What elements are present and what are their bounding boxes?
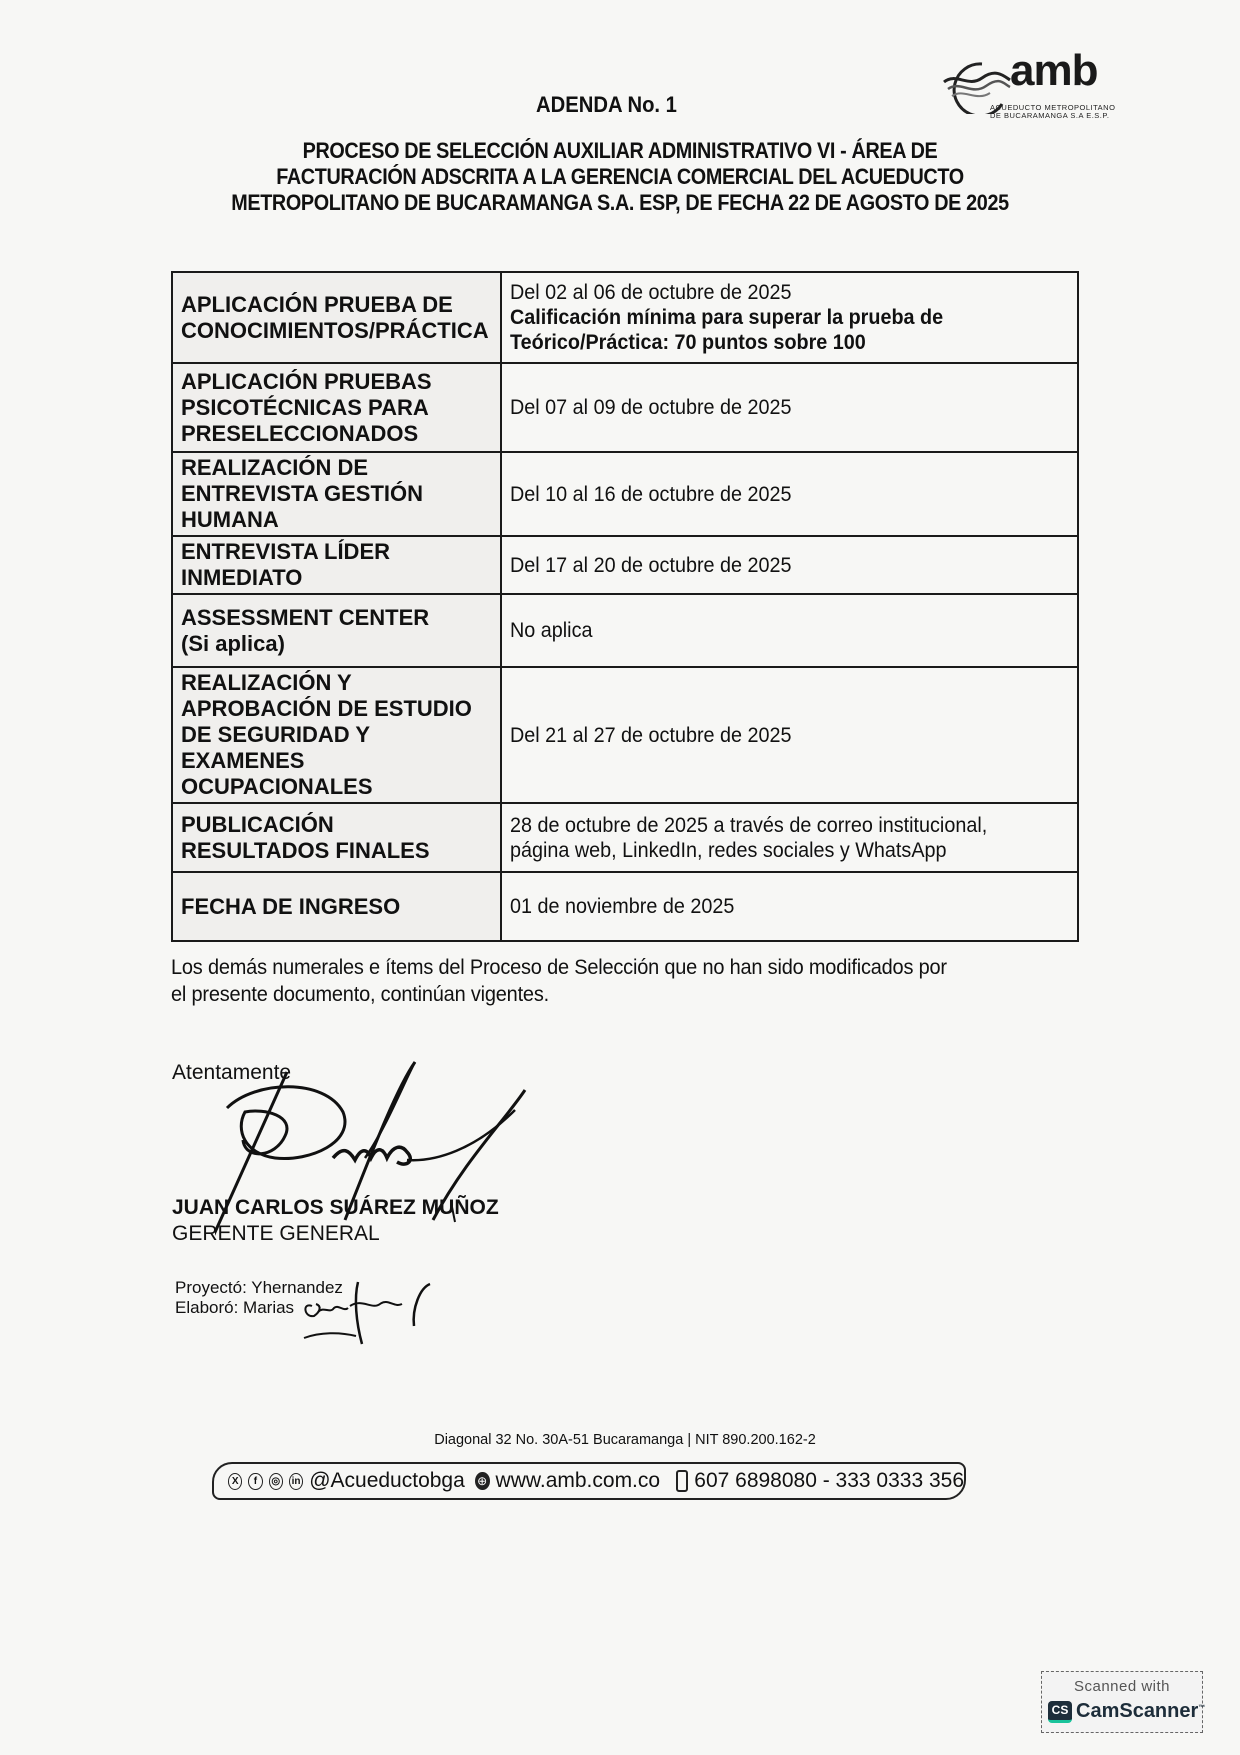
camscanner-logo-icon: CS: [1048, 1701, 1072, 1723]
document-title: ADENDA No. 1: [43, 92, 1184, 118]
trademark: ™: [1198, 1704, 1205, 1711]
stage-cell: APLICACIÓN PRUEBA DECONOCIMIENTOS/PRÁCTI…: [172, 272, 501, 363]
date-value-line: Del 07 al 09 de octubre de 2025: [510, 395, 1024, 420]
stage-label-line: APLICACIÓN PRUEBAS: [181, 369, 492, 395]
stage-label-line: (Si aplica): [181, 631, 492, 657]
requirement-line: Teórico/Práctica: 70 puntos sobre 100: [510, 330, 1024, 355]
schedule-row: ASSESSMENT CENTER(Si aplica)No aplica: [172, 594, 1078, 667]
date-value-line: página web, LinkedIn, redes sociales y W…: [510, 838, 1024, 863]
date-value-line: Del 21 al 27 de octubre de 2025: [510, 723, 1024, 748]
phone-numbers: 607 6898080 - 333 0333 356: [694, 1469, 964, 1493]
stage-cell: REALIZACIÓN YAPROBACIÓN DE ESTUDIODE SEG…: [172, 667, 501, 803]
date-cell: 28 de octubre de 2025 a través de correo…: [501, 803, 1078, 872]
paragraph-line: el presente documento, continúan vigente…: [171, 981, 1045, 1008]
stage-label-line: ASSESSMENT CENTER: [181, 605, 492, 631]
stage-label-line: DE SEGURIDAD Y: [181, 722, 492, 748]
stage-cell: APLICACIÓN PRUEBASPSICOTÉCNICAS PARAPRES…: [172, 363, 501, 452]
date-cell: Del 17 al 20 de octubre de 2025: [501, 536, 1078, 594]
date-cell: Del 02 al 06 de octubre de 2025Calificac…: [501, 272, 1078, 363]
date-value-line: Del 17 al 20 de octubre de 2025: [510, 553, 1024, 578]
stage-cell: FECHA DE INGRESO: [172, 872, 501, 941]
footer-address: Diagonal 32 No. 30A-51 Bucaramanga | NIT…: [0, 1432, 1240, 1448]
stage-cell: PUBLICACIÓNRESULTADOS FINALES: [172, 803, 501, 872]
stage-label-line: REALIZACIÓN DE: [181, 455, 492, 481]
schedule-row: APLICACIÓN PRUEBASPSICOTÉCNICAS PARAPRES…: [172, 363, 1078, 452]
stage-cell: REALIZACIÓN DEENTREVISTA GESTIÓNHUMANA: [172, 452, 501, 536]
heading-line: FACTURACIÓN ADSCRITA A LA GERENCIA COMER…: [215, 164, 1025, 190]
phone-icon: [676, 1470, 688, 1492]
date-cell: No aplica: [501, 594, 1078, 667]
requirement-line: Calificación mínima para superar la prue…: [510, 305, 1024, 330]
camscanner-name: CamScanner™: [1076, 1700, 1205, 1723]
stage-label-line: APROBACIÓN DE ESTUDIO: [181, 696, 492, 722]
date-value-line: 28 de octubre de 2025 a través de correo…: [510, 813, 1024, 838]
initials-signature-icon: [300, 1278, 440, 1348]
schedule-row: APLICACIÓN PRUEBA DECONOCIMIENTOS/PRÁCTI…: [172, 272, 1078, 363]
schedule-row: REALIZACIÓN YAPROBACIÓN DE ESTUDIODE SEG…: [172, 667, 1078, 803]
stage-label-line: RESULTADOS FINALES: [181, 838, 492, 864]
closing-paragraph: Los demás numerales e ítems del Proceso …: [171, 954, 1091, 1008]
date-cell: 01 de noviembre de 2025: [501, 872, 1078, 941]
footer-contact-bar: X f ◎ in @Acueductobga ⊕ www.amb.com.co …: [212, 1462, 966, 1500]
paragraph-line: Los demás numerales e ítems del Proceso …: [171, 954, 1045, 981]
date-value-line: No aplica: [510, 618, 1024, 643]
stage-cell: ENTREVISTA LÍDERINMEDIATO: [172, 536, 501, 594]
stage-label-line: FECHA DE INGRESO: [181, 894, 492, 920]
heading-line: PROCESO DE SELECCIÓN AUXILIAR ADMINISTRA…: [215, 138, 1025, 164]
schedule-row: REALIZACIÓN DEENTREVISTA GESTIÓNHUMANADe…: [172, 452, 1078, 536]
stage-label-line: APLICACIÓN PRUEBA DE: [181, 292, 492, 318]
schedule-row: FECHA DE INGRESO01 de noviembre de 2025: [172, 872, 1078, 941]
stage-label-line: ENTREVISTA LÍDER: [181, 539, 492, 565]
date-cell: Del 21 al 27 de octubre de 2025: [501, 667, 1078, 803]
signer-name: JUAN CARLOS SUÁREZ MUÑOZ: [172, 1196, 499, 1220]
signer-role: GERENTE GENERAL: [172, 1222, 380, 1246]
stage-label-line: ENTREVISTA GESTIÓN: [181, 481, 492, 507]
stage-label-line: INMEDIATO: [181, 565, 492, 591]
date-value-line: Del 10 al 16 de octubre de 2025: [510, 482, 1024, 507]
schedule-table: APLICACIÓN PRUEBA DECONOCIMIENTOS/PRÁCTI…: [171, 271, 1079, 942]
schedule-row: PUBLICACIÓNRESULTADOS FINALES28 de octub…: [172, 803, 1078, 872]
stage-label-line: PSICOTÉCNICAS PARA: [181, 395, 492, 421]
date-value-line: Del 02 al 06 de octubre de 2025: [510, 280, 1024, 305]
camscanner-brand: CamScanner: [1076, 1700, 1198, 1722]
instagram-icon[interactable]: ◎: [269, 1473, 283, 1490]
stage-label-line: EXAMENES: [181, 748, 492, 774]
website-link[interactable]: www.amb.com.co: [496, 1469, 661, 1493]
stage-label-line: REALIZACIÓN Y: [181, 670, 492, 696]
watermark-caption: Scanned with: [1042, 1678, 1202, 1695]
camscanner-watermark: Scanned with CS CamScanner™: [1041, 1671, 1203, 1733]
stage-label-line: HUMANA: [181, 507, 492, 533]
linkedin-icon[interactable]: in: [289, 1473, 303, 1490]
stage-label-line: PUBLICACIÓN: [181, 812, 492, 838]
date-value-line: 01 de noviembre de 2025: [510, 894, 1024, 919]
facebook-icon[interactable]: f: [248, 1473, 262, 1490]
heading-line: METROPOLITANO DE BUCARAMANGA S.A. ESP, D…: [215, 190, 1025, 216]
social-handle[interactable]: @Acueductobga: [309, 1469, 465, 1493]
stage-label-line: OCUPACIONALES: [181, 774, 492, 800]
globe-icon: ⊕: [475, 1472, 490, 1490]
x-icon[interactable]: X: [228, 1473, 242, 1490]
document-heading: PROCESO DE SELECCIÓN AUXILIAR ADMINISTRA…: [170, 138, 1070, 216]
date-cell: Del 07 al 09 de octubre de 2025: [501, 363, 1078, 452]
stage-cell: ASSESSMENT CENTER(Si aplica): [172, 594, 501, 667]
schedule-row: ENTREVISTA LÍDERINMEDIATODel 17 al 20 de…: [172, 536, 1078, 594]
logo-wordmark: amb: [1010, 46, 1097, 96]
stage-label-line: CONOCIMIENTOS/PRÁCTICA: [181, 318, 492, 344]
date-cell: Del 10 al 16 de octubre de 2025: [501, 452, 1078, 536]
stage-label-line: PRESELECCIONADOS: [181, 421, 492, 447]
